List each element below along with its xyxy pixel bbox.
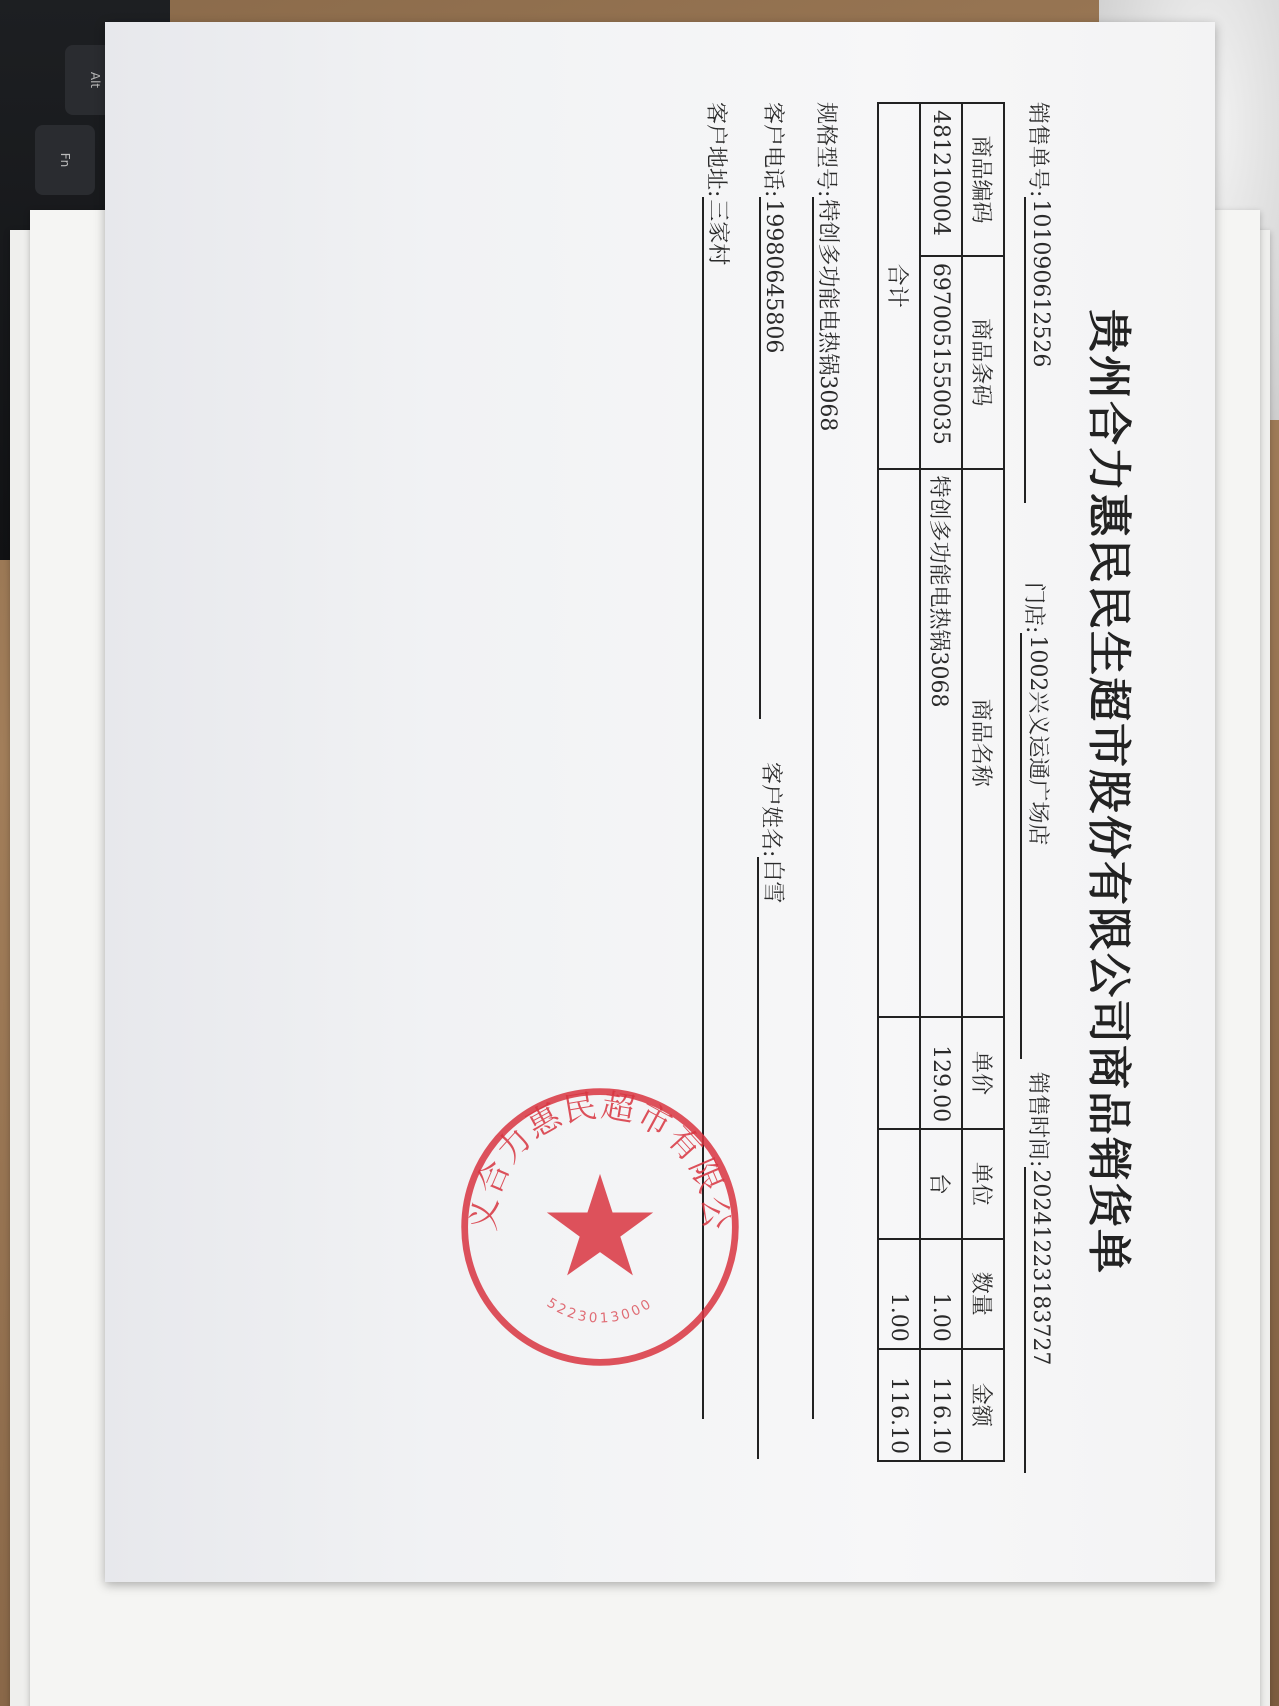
col-header-price: 单价 bbox=[962, 1017, 1004, 1129]
total-empty-name bbox=[878, 469, 920, 1017]
sales-no-label: 销售单号: bbox=[1024, 102, 1055, 197]
table-row: 481210004 6970051550035 特创多功能电热锅3068 129… bbox=[920, 103, 962, 1461]
sale-time-label: 销售时间: bbox=[1024, 1072, 1055, 1167]
total-qty: 1.00 bbox=[878, 1239, 920, 1349]
spec-label: 规格型号: bbox=[812, 102, 843, 197]
phone-value: 19980645806 bbox=[759, 197, 786, 719]
spec-value: 特创多功能电热锅3068 bbox=[812, 197, 845, 1419]
address-label: 客户地址: bbox=[702, 102, 733, 197]
col-header-qty: 数量 bbox=[962, 1239, 1004, 1349]
col-header-unit: 单位 bbox=[962, 1129, 1004, 1239]
cell-code: 481210004 bbox=[920, 103, 962, 256]
col-header-code: 商品编码 bbox=[962, 103, 1004, 256]
document-title: 贵州合力惠民民生超市股份有限公司商品销货单 bbox=[1081, 142, 1145, 1442]
company-seal-stamp: 兴义合力惠民超市有限公司 5223013000 bbox=[455, 1082, 745, 1372]
spec-field: 规格型号: 特创多功能电热锅3068 bbox=[812, 102, 845, 1419]
total-label: 合计 bbox=[878, 103, 920, 469]
items-table: 商品编码 商品条码 商品名称 单价 单位 数量 金额 481210004 697… bbox=[877, 102, 1005, 1462]
cell-barcode: 6970051550035 bbox=[920, 256, 962, 469]
store-value: 1002兴义运通广场店 bbox=[1020, 633, 1055, 1059]
sales-slip-paper: 贵州合力惠民民生超市股份有限公司商品销货单 销售单号: 101090612526… bbox=[105, 22, 1215, 1582]
total-amount: 116.10 bbox=[878, 1349, 920, 1461]
cell-unit: 台 bbox=[920, 1129, 962, 1239]
cell-amount: 116.10 bbox=[920, 1349, 962, 1461]
sale-time-value: 20241223183727 bbox=[1024, 1167, 1053, 1473]
total-empty-unit bbox=[878, 1129, 920, 1239]
table-header-row: 商品编码 商品条码 商品名称 单价 单位 数量 金额 bbox=[962, 103, 1004, 1461]
sales-slip: 贵州合力惠民民生超市股份有限公司商品销货单 销售单号: 101090612526… bbox=[145, 62, 1175, 1542]
sales-no-value: 101090612526 bbox=[1024, 197, 1053, 503]
stamp-code: 5223013000 bbox=[544, 1295, 656, 1327]
store-label: 门店: bbox=[1020, 582, 1051, 633]
store-field: 门店: 1002兴义运通广场店 bbox=[1020, 582, 1055, 1059]
col-header-name: 商品名称 bbox=[962, 469, 1004, 1017]
customer-name-field: 客户姓名: 白雪 bbox=[757, 762, 790, 1459]
total-row: 合计 1.00 116.10 bbox=[878, 103, 920, 1461]
star-icon bbox=[547, 1174, 653, 1276]
sales-no-field: 销售单号: 101090612526 bbox=[1024, 102, 1055, 503]
cell-name: 特创多功能电热锅3068 bbox=[920, 469, 962, 1017]
total-empty-price bbox=[878, 1017, 920, 1129]
cell-price: 129.00 bbox=[920, 1017, 962, 1129]
sale-time-field: 销售时间: 20241223183727 bbox=[1024, 1072, 1055, 1473]
customer-name-value: 白雪 bbox=[757, 857, 790, 1459]
customer-name-label: 客户姓名: bbox=[757, 762, 788, 857]
col-header-barcode: 商品条码 bbox=[962, 256, 1004, 469]
phone-field: 客户电话: 19980645806 bbox=[759, 102, 790, 719]
phone-label: 客户电话: bbox=[759, 102, 790, 197]
cell-qty: 1.00 bbox=[920, 1239, 962, 1349]
svg-text:5223013000: 5223013000 bbox=[544, 1295, 656, 1327]
keyboard-key-fn: Fn bbox=[35, 125, 95, 195]
col-header-amount: 金额 bbox=[962, 1349, 1004, 1461]
